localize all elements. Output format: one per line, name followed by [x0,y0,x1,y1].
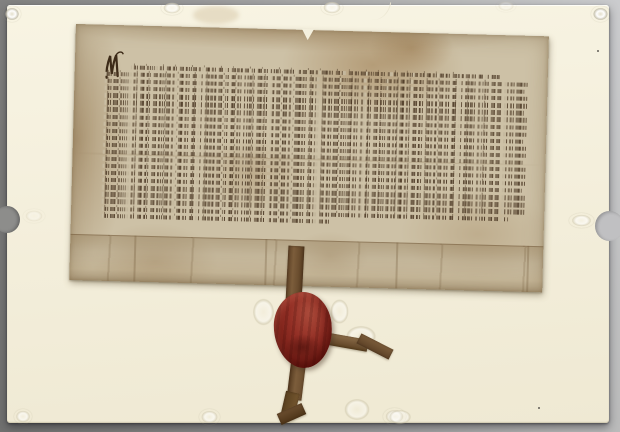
ghost-mark [341,396,373,423]
mounting-tab [591,6,610,22]
mounting-tab [161,1,183,15]
mounting-tab [23,209,45,223]
mounting-tab [496,0,516,12]
dust-speck [538,407,540,409]
script-text-block [101,65,529,232]
mounting-tab [3,6,21,22]
scratch-mark [372,0,392,22]
ghost-mark [386,408,414,426]
mounting-tab [199,409,220,425]
mount-notch-right [595,211,620,241]
mount-stain [193,6,239,24]
dust-speck [597,50,599,52]
mounting-tab [569,213,594,228]
mounting-tab [14,409,32,424]
parchment-charter [69,24,549,292]
parchment-edge-nick [302,29,314,40]
mounting-tab [321,0,343,15]
photo-background [0,0,620,432]
